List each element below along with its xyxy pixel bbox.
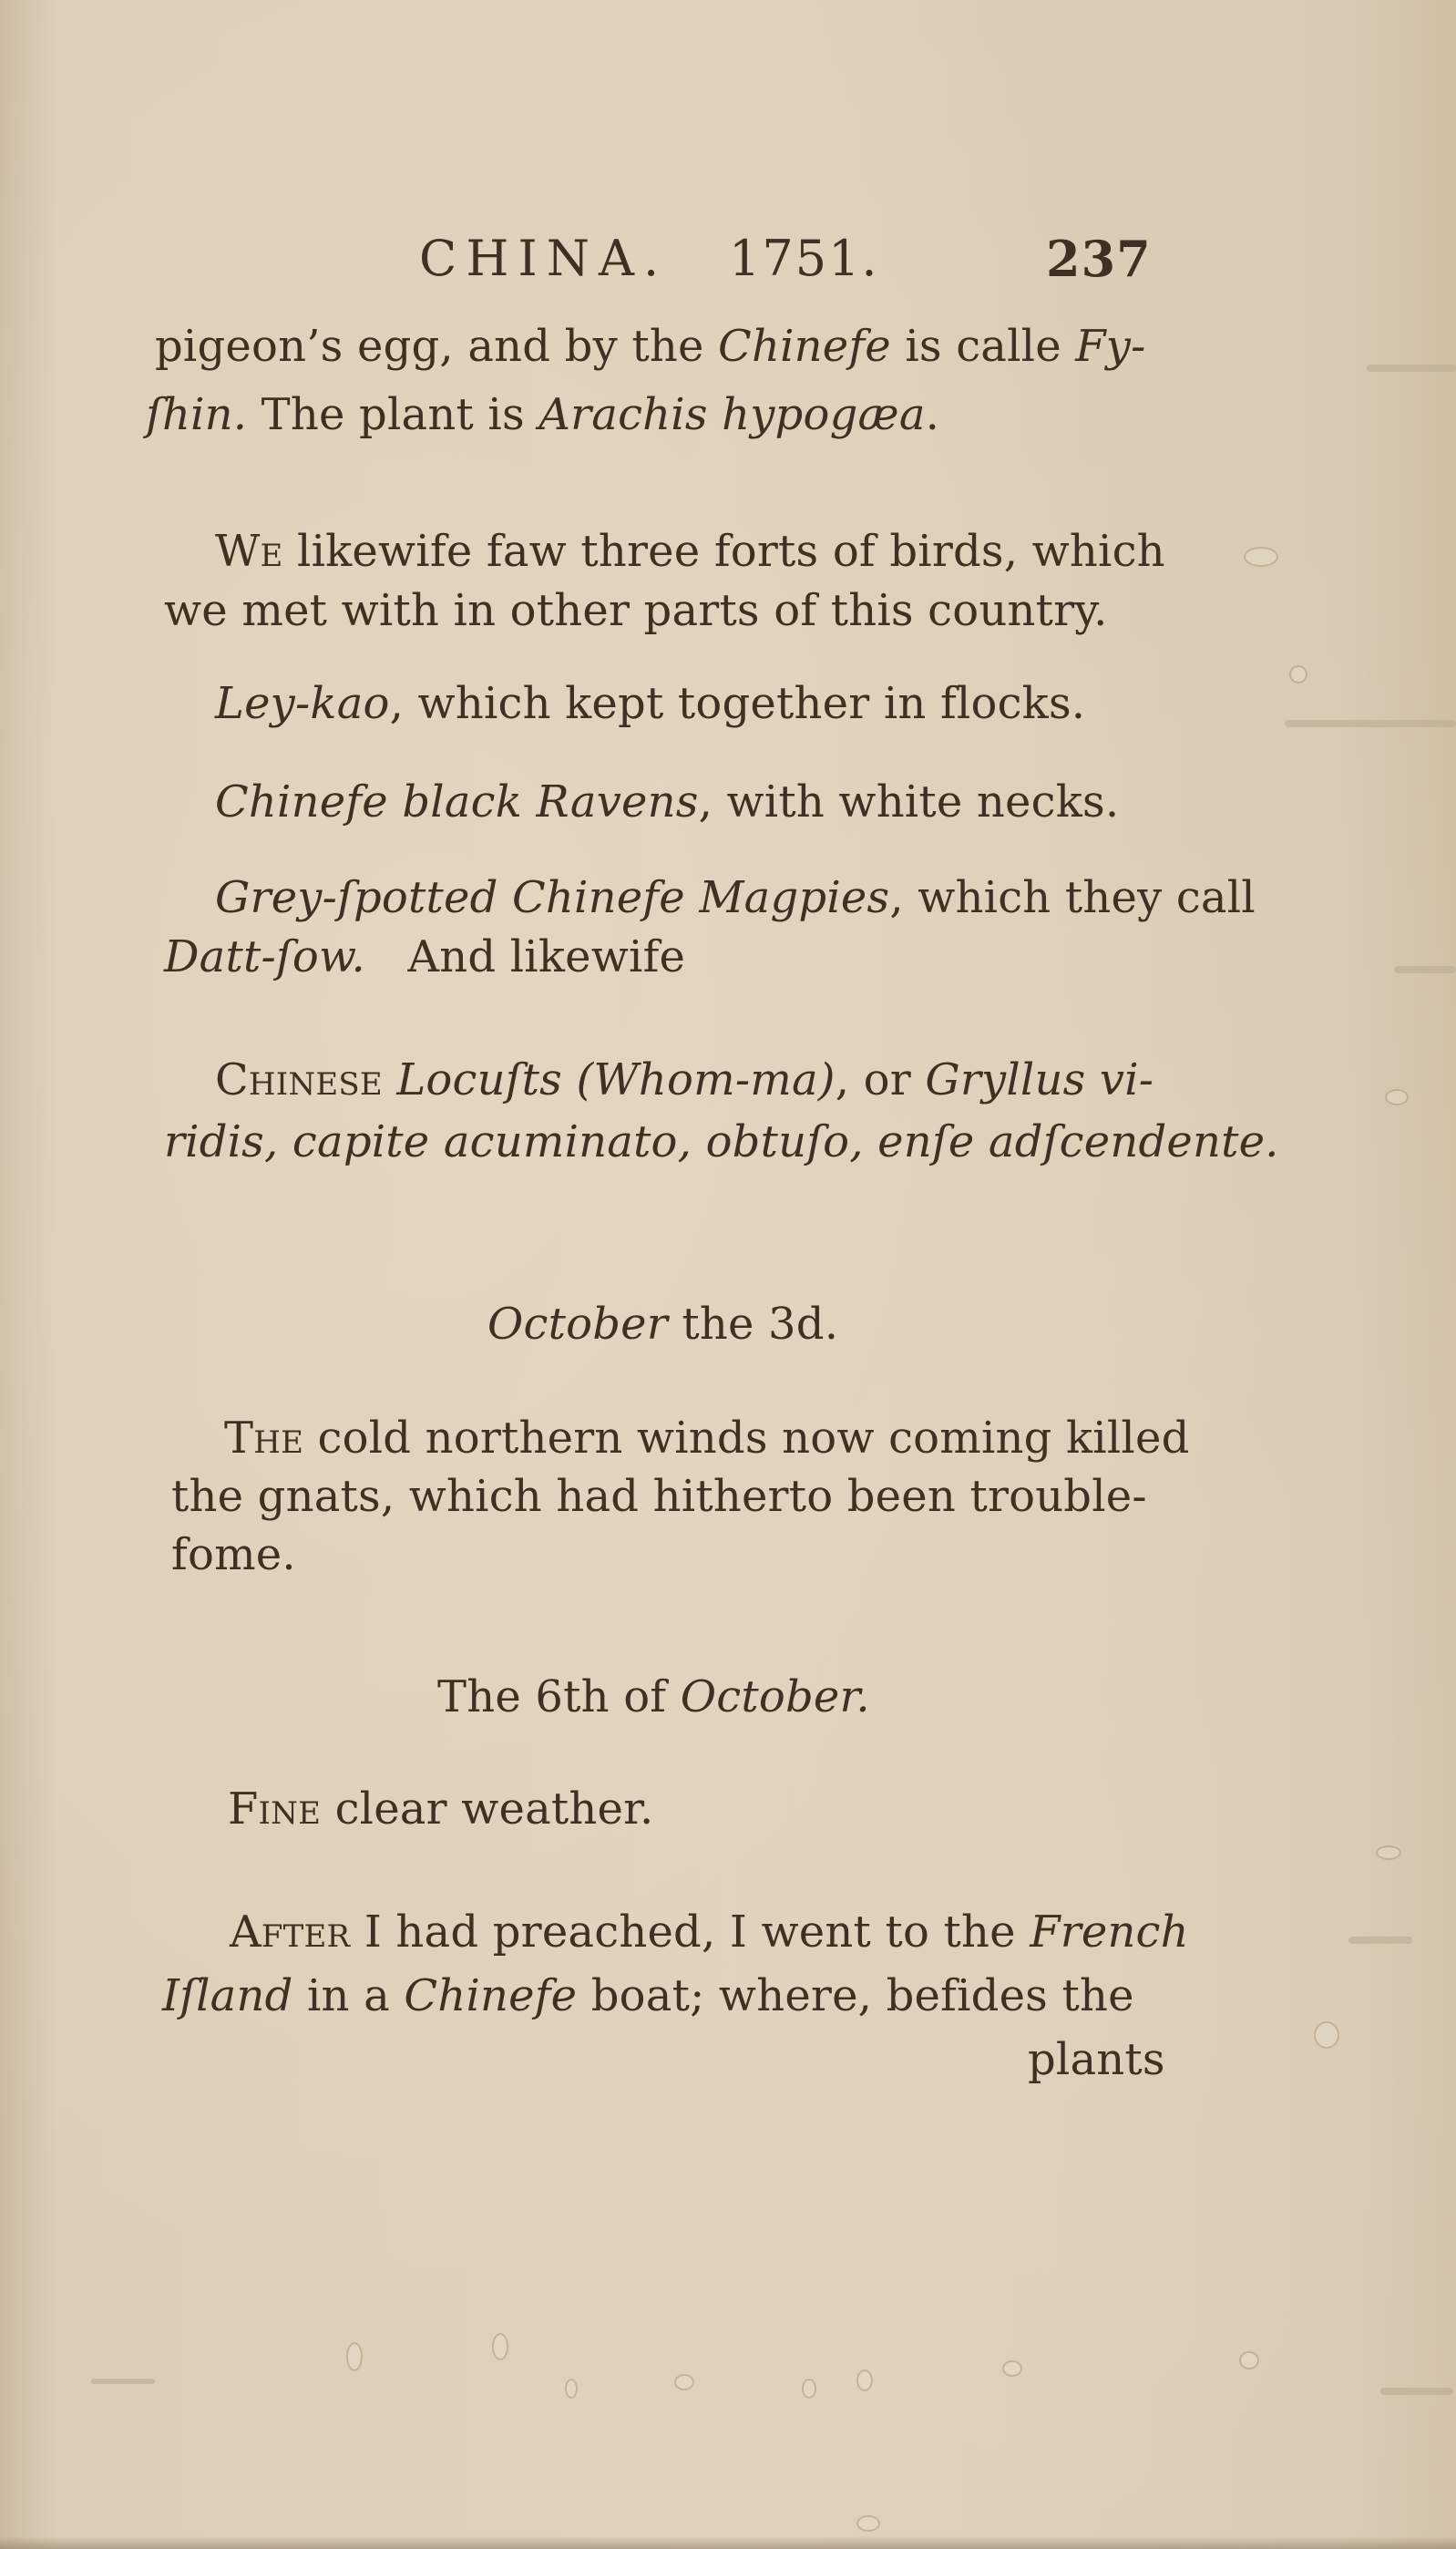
text: the 3d. <box>668 1299 838 1350</box>
catchword: plants <box>1028 2032 1165 2087</box>
bird-name: Datt-ſow. <box>164 931 365 982</box>
locusts-line-2: ridis, capite acuminato, obtuſo, enſe ad… <box>164 1115 1279 1169</box>
paper-stain <box>1376 1845 1401 1860</box>
paper-streak <box>1380 2388 1453 2395</box>
bird-name: Chinefe black Ravens <box>215 776 699 827</box>
text: is calle <box>891 321 1061 372</box>
italic-text: October <box>487 1299 668 1350</box>
italic-text: ſhin. <box>146 389 247 440</box>
italic-text: Chinefe <box>718 321 891 372</box>
paragraph-3-line-3: fome. <box>171 1527 296 1582</box>
paragraph-5-line-1: After I had preached, I went to the Fren… <box>230 1905 1189 1959</box>
date-heading-october-3: October the 3d. <box>487 1297 838 1352</box>
small-caps-opening: We <box>215 526 283 577</box>
paper-stain <box>1002 2360 1022 2377</box>
italic-text: Chinefe <box>404 1970 577 2021</box>
small-caps-opening: The <box>224 1413 303 1464</box>
text: The plant is <box>247 389 538 440</box>
text: , which kept together in flocks. <box>390 678 1086 729</box>
italic-text: Locuſts (Whom-ma) <box>383 1054 836 1105</box>
paper-streak <box>1348 1937 1412 1944</box>
paragraph-4: Fine clear weather. <box>228 1782 653 1836</box>
paper-stain <box>1244 547 1278 567</box>
italic-text: October. <box>681 1671 870 1722</box>
text: I had preached, I went to the <box>350 1907 1030 1958</box>
paper-stain <box>565 2379 578 2399</box>
text: , with white necks. <box>699 776 1120 827</box>
header-year: 1751. <box>729 230 879 287</box>
bird-name: Ley-kao <box>215 678 390 729</box>
paper-streak <box>1285 720 1456 727</box>
text: clear weather. <box>321 1783 653 1835</box>
italic-text: French <box>1030 1907 1189 1958</box>
italic-text: Arachis hypogæa <box>538 389 925 440</box>
italic-text: Gryllus vi- <box>925 1054 1154 1105</box>
bird-item-3-line-1: Grey-ſpotted Chinefe Magpies, which they… <box>215 870 1256 925</box>
paragraph-2-line-1: We likewife faw three forts of birds, wh… <box>215 524 1165 579</box>
paper-stain <box>1289 665 1307 684</box>
paper-stain <box>492 2333 508 2360</box>
paragraph-1-line-1: pigeon’s egg, and by the Chinefe is call… <box>155 319 1146 374</box>
text: And likewife <box>365 931 685 982</box>
bird-item-1: Ley-kao, which kept together in flocks. <box>215 676 1085 731</box>
paper-stain <box>1239 2351 1259 2369</box>
book-page: CHINA. 1751. 237 pigeon’s egg, and by th… <box>0 0 1456 2549</box>
paper-stain <box>802 2379 816 2399</box>
paper-streak <box>91 2379 155 2384</box>
locusts-line-1: Chinese Locuſts (Whom-ma), or Gryllus vi… <box>215 1053 1154 1107</box>
running-title: CHINA. <box>419 230 668 287</box>
small-caps-opening: Fine <box>228 1783 321 1835</box>
text: cold northern winds now coming killed <box>303 1413 1189 1464</box>
text: . <box>926 389 939 440</box>
bird-item-2: Chinefe black Ravens, with white necks. <box>215 775 1119 829</box>
text: boat; where, befides the <box>577 1970 1133 2021</box>
small-caps-opening: Chinese <box>215 1054 383 1105</box>
paper-stain <box>346 2342 363 2371</box>
text: likewife faw three forts of birds, which <box>283 526 1165 577</box>
paragraph-2-line-2: we met with in other parts of this count… <box>164 583 1108 638</box>
paragraph-1-line-2: ſhin. The plant is Arachis hypogæa. <box>146 387 939 442</box>
text: in a <box>293 1970 405 2021</box>
paragraph-3-line-2: the gnats, which had hitherto been troub… <box>171 1469 1147 1524</box>
paper-stain <box>856 2369 873 2391</box>
paper-stain <box>1314 2021 1339 2049</box>
paragraph-3-line-1: The cold northern winds now coming kille… <box>224 1411 1190 1465</box>
small-caps-opening: After <box>230 1907 350 1958</box>
bird-item-3-line-2: Datt-ſow. And likewife <box>164 930 685 984</box>
bird-name: Grey-ſpotted Chinefe Magpies <box>215 872 889 923</box>
page-number: 237 <box>1046 230 1152 288</box>
text: The 6th of <box>437 1671 681 1722</box>
text: , which they call <box>889 872 1256 923</box>
italic-text: Fy- <box>1061 321 1146 372</box>
italic-text: Iſland <box>162 1970 293 2021</box>
paper-stain <box>674 2374 694 2390</box>
paper-stain <box>1385 1089 1409 1105</box>
paper-streak <box>1394 966 1456 973</box>
paper-stain <box>856 2515 880 2532</box>
paper-streak <box>1367 365 1456 372</box>
text: , or <box>836 1054 926 1105</box>
date-heading-october-6: The 6th of October. <box>437 1670 870 1724</box>
paragraph-5-line-2: Iſland in a Chinefe boat; where, befides… <box>162 1968 1134 2023</box>
text: pigeon’s egg, and by the <box>155 321 718 372</box>
